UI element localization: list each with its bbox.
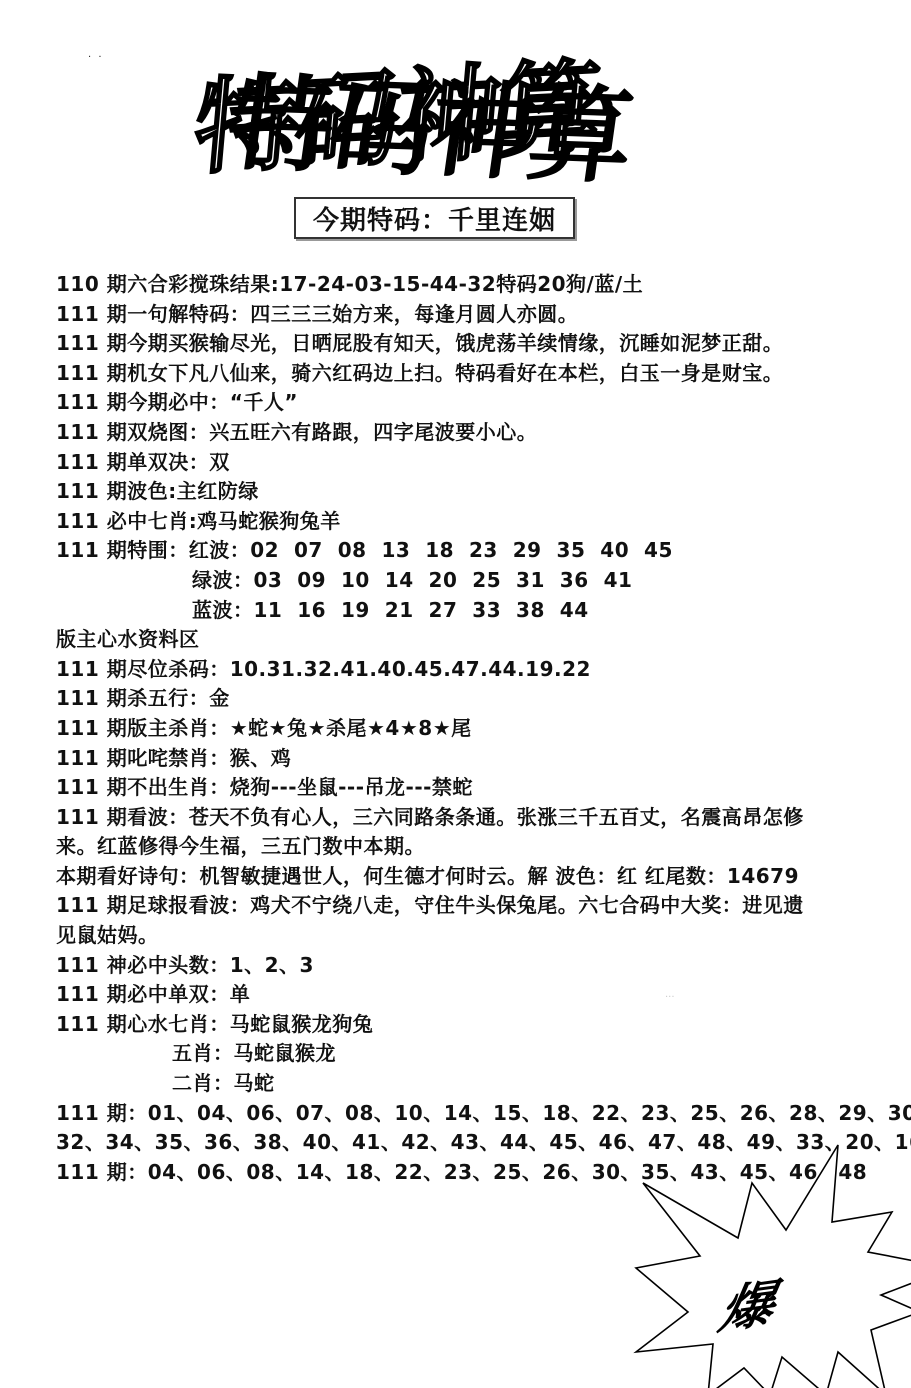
watch-wave-line-2: 来。红蓝修得今生福，三五门数中本期。 bbox=[56, 832, 896, 862]
number-list-line-3: 111 期：04、06、08、14、18、22、23、25、26、30、35、4… bbox=[56, 1158, 896, 1188]
football-line-2: 见鼠姑妈。 bbox=[56, 921, 896, 951]
wave-color-line: 111 期波色:主红防绿 bbox=[56, 477, 896, 507]
page-title: 特码神算 特码神算 bbox=[196, 58, 656, 193]
red-wave-label: 红波： bbox=[189, 538, 251, 562]
no-show-zodiac-line: 111 期不出生肖：烧狗---坐鼠---吊龙---禁蛇 bbox=[56, 773, 896, 803]
green-wave-numbers: 03 09 10 14 20 25 31 36 41 bbox=[254, 568, 633, 592]
watch-wave-line-1: 111 期看波：苍天不负有心人，三六同路条条通。张涨三千五百丈，名震高昂怎修 bbox=[56, 803, 896, 833]
faint-artifact: ··· bbox=[665, 992, 675, 1003]
must-hit-line: 111 期今期必中：“千人” bbox=[56, 388, 896, 418]
two-zodiac-line: 二肖：马蛇 bbox=[56, 1069, 896, 1099]
result-line: 110 期六合彩搅珠结果:17-24-03-15-44-32特码20狗/蓝/土 bbox=[56, 270, 896, 300]
kill-element-line: 111 期杀五行：金 bbox=[56, 684, 896, 714]
today-code-box: 今期特码：千里连姻 bbox=[294, 197, 575, 239]
number-list-line-2: 32、34、35、36、38、40、41、42、43、44、45、46、47、4… bbox=[56, 1128, 896, 1158]
head-number-line: 111 神必中头数：1、2、3 bbox=[56, 951, 896, 981]
number-list-line-1: 111 期：01、04、06、07、08、10、14、15、18、22、23、2… bbox=[56, 1099, 896, 1129]
title-text: 特码神算 bbox=[222, 63, 637, 197]
special-range-label: 111 期特围： bbox=[56, 538, 189, 562]
kill-zodiac-line: 111 期版主杀肖：★蛇★兔★杀尾★4★8★尾 bbox=[56, 714, 896, 744]
decor-dots: · · bbox=[88, 52, 104, 63]
odd-even-line: 111 期单双决：双 bbox=[56, 448, 896, 478]
red-wave-row: 111 期特围：红波：02 07 08 13 18 23 29 35 40 45 bbox=[56, 536, 896, 566]
one-line-riddle: 111 期一句解特码：四三三三始方来，每逢月圆人亦圆。 bbox=[56, 300, 896, 330]
green-wave-row: 绿波：03 09 10 14 20 25 31 36 41 bbox=[56, 566, 896, 596]
blue-wave-row: 蓝波：11 16 19 21 27 33 38 44 bbox=[56, 596, 896, 626]
content-body: 110 期六合彩搅珠结果:17-24-03-15-44-32特码20狗/蓝/土 … bbox=[56, 270, 896, 1187]
five-zodiac-line: 五肖：马蛇鼠猴龙 bbox=[56, 1039, 896, 1069]
poem-line-2: 111 期机女下凡八仙来，骑六红码边上扫。特码看好在本栏，白玉一身是财宝。 bbox=[56, 359, 896, 389]
green-wave-label: 绿波： bbox=[192, 568, 254, 592]
blue-wave-numbers: 11 16 19 21 27 33 38 44 bbox=[254, 598, 589, 622]
poem-line-1: 111 期今期买猴输尽光，日晒屁股有知天，饿虎荡羊续情缘，沉睡如泥梦正甜。 bbox=[56, 329, 896, 359]
red-wave-numbers: 02 07 08 13 18 23 29 35 40 45 bbox=[250, 538, 673, 562]
seven-zodiac-line: 111 必中七肖:鸡马蛇猴狗兔羊 bbox=[56, 507, 896, 537]
blue-wave-label: 蓝波： bbox=[192, 598, 254, 622]
section-title: 版主心水资料区 bbox=[56, 625, 896, 655]
double-burn-line: 111 期双烧图：兴五旺六有路跟，四字尾波要小心。 bbox=[56, 418, 896, 448]
must-odd-even-line: 111 期必中单双：单 bbox=[56, 980, 896, 1010]
forbidden-zodiac-line: 111 期叱咤禁肖：猴、鸡 bbox=[56, 744, 896, 774]
football-line-1: 111 期足球报看波：鸡犬不宁绕八走，守住牛头保兔尾。六七合码中大奖：进见遗 bbox=[56, 891, 896, 921]
kill-code-line: 111 期尽位杀码：10.31.32.41.40.45.47.44.19.22 bbox=[56, 655, 896, 685]
poem-hint-line: 本期看好诗句：机智敏捷遇世人，何生德才何时云。解 波色：红 红尾数：14679 bbox=[56, 862, 896, 892]
heart-seven-zodiac-line: 111 期心水七肖：马蛇鼠猴龙狗兔 bbox=[56, 1010, 896, 1040]
explosive-badge-text: 爆 bbox=[714, 1262, 782, 1344]
today-code-label: 今期特码：千里连姻 bbox=[313, 200, 556, 237]
